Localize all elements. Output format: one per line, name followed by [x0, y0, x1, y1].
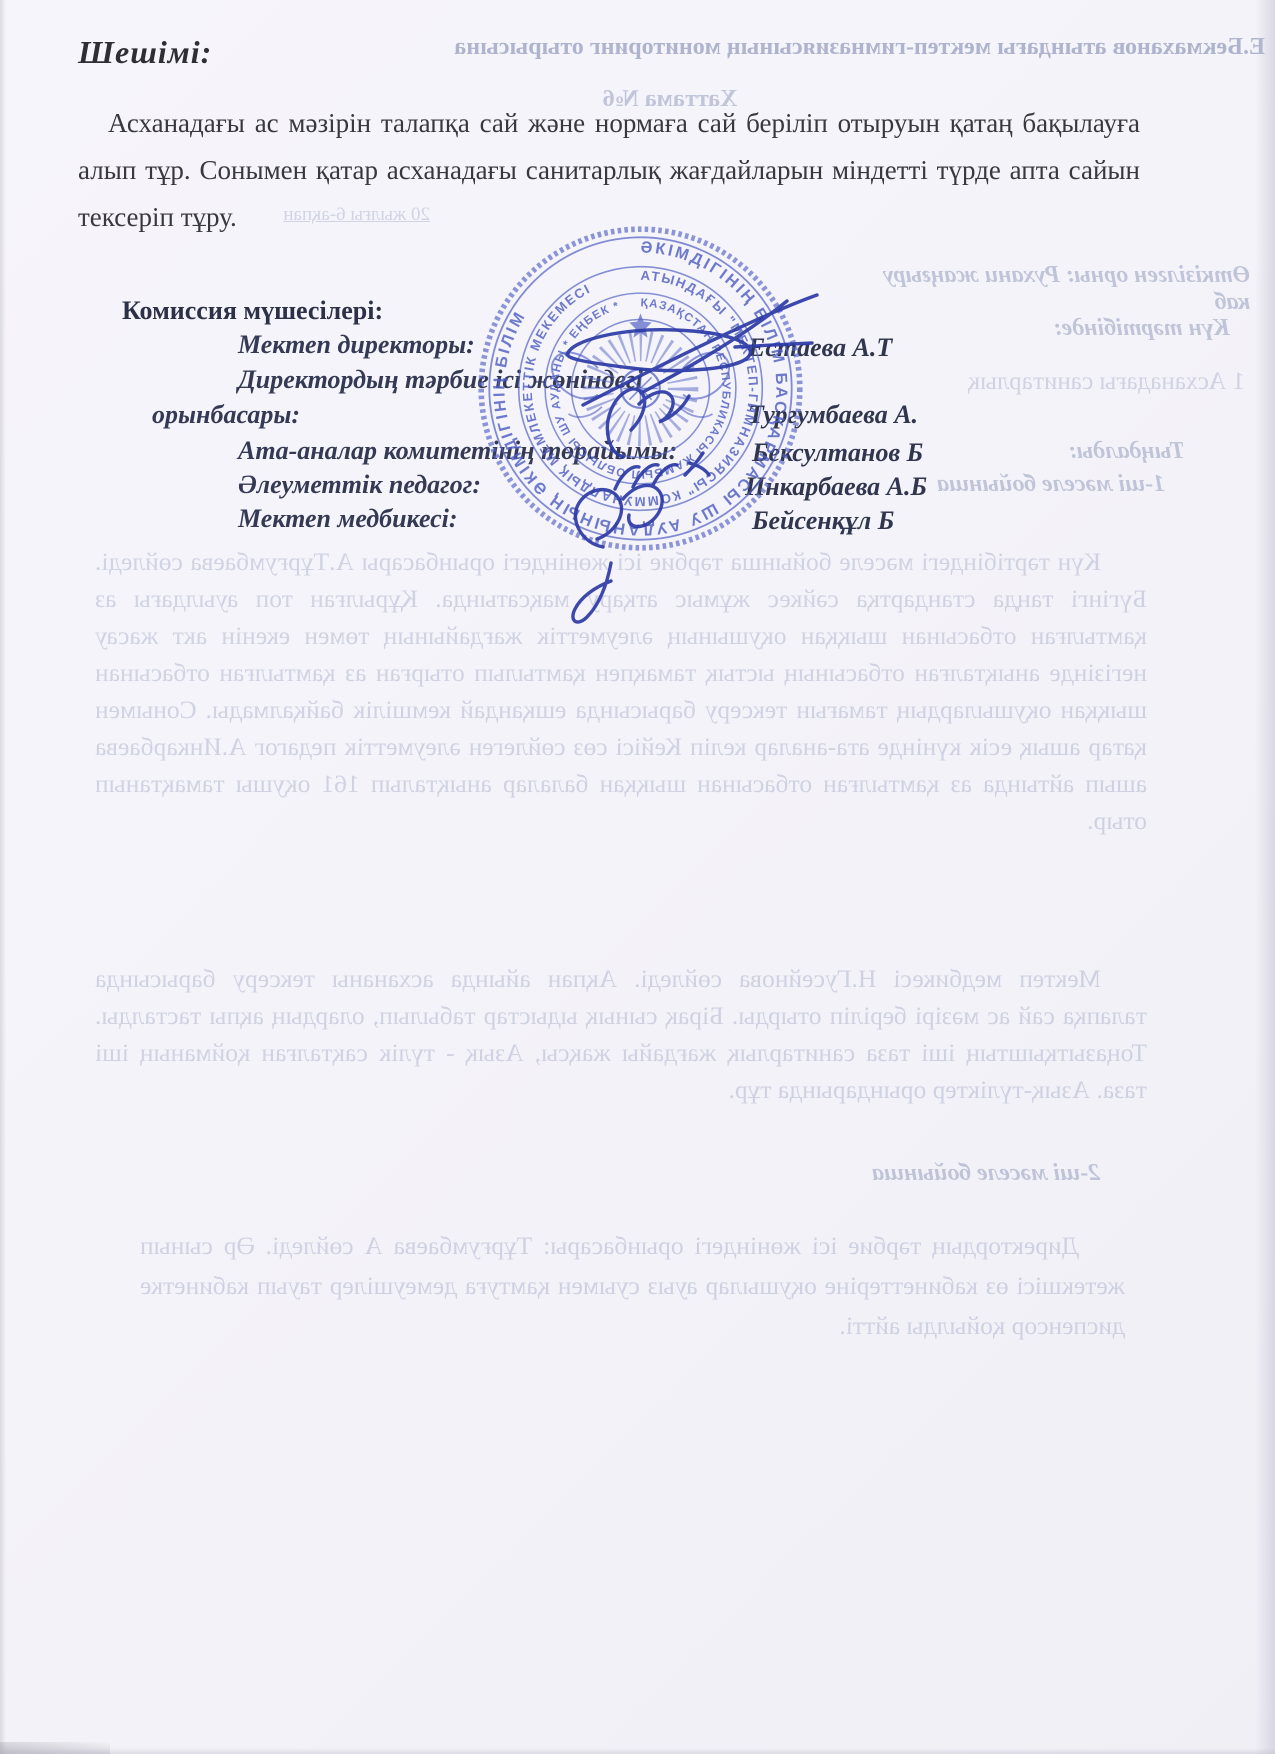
scan-edge-shadow-left — [0, 0, 6, 1754]
signature-deputy — [607, 389, 689, 457]
scanned-document-page: Е.Бекмаханов атындағы мектеп-гимназиясын… — [0, 0, 1275, 1754]
signature-social-pedagog — [573, 485, 662, 622]
commission-role-director: Мектеп директоры: — [238, 330, 475, 360]
bleedthrough-issue2-label: 2-ші мәселе бойынша — [800, 1160, 1100, 1187]
bleedthrough-header-line: Е.Бекмаханов атындағы мектеп-гимназиясын… — [265, 34, 1265, 61]
commission-role-social-pedagog: Әлеуметтік педагог: — [238, 470, 481, 500]
signature-parents-chair — [615, 453, 709, 489]
bleedthrough-paragraph-2: Мектеп медбикесі Н.Гусейнова сөйледі. Ақ… — [95, 960, 1147, 1108]
commission-role-school-nurse: Мектеп медбикесі: — [238, 504, 458, 534]
bleedthrough-agenda-item: 1 Асханадағы санитарлық — [845, 368, 1245, 396]
scan-edge-shadow-bottom — [0, 1748, 1275, 1754]
scan-edge-shadow-right — [1255, 0, 1275, 1754]
bleedthrough-paragraph-3: Директордың тәрбие ісі жөніндегі орынбас… — [140, 1226, 1125, 1346]
handwritten-signatures — [455, 255, 885, 625]
bleedthrough-agenda-label: Күн тәртібінде: — [1000, 315, 1230, 342]
bleedthrough-heard-label: Тыңдалды: — [985, 438, 1185, 465]
signature-director-stroke — [583, 295, 817, 405]
bleedthrough-venue-line: Өткізілген орны: Рухани жаңғыру каб — [870, 262, 1250, 316]
decision-heading: Шешімі: — [78, 34, 212, 71]
commission-role-deputy-line2: орынбасары: — [152, 400, 300, 430]
commission-title: Комиссия мүшесілері: — [122, 296, 383, 326]
